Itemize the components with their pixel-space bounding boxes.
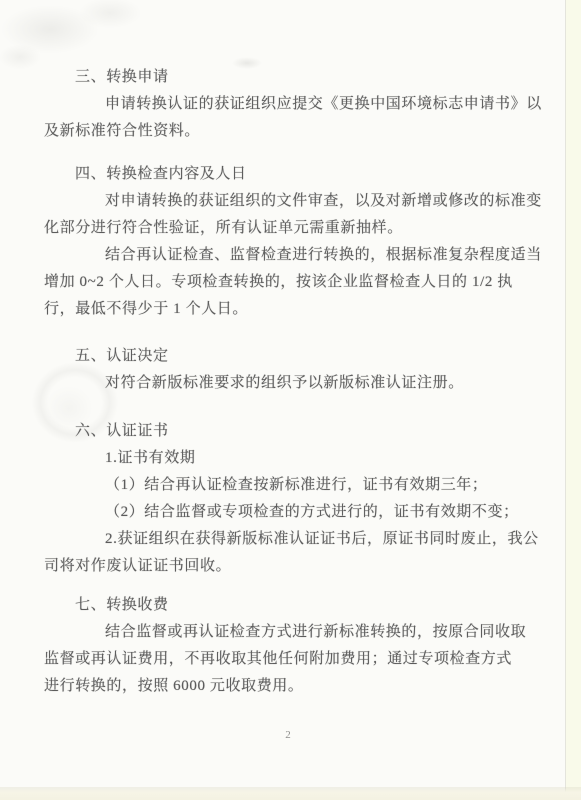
- paragraph-line: 及新标准符合性资料。: [44, 118, 532, 145]
- page-number: 2: [44, 722, 532, 749]
- paragraph-line: 行，最低不得少于 1 个人日。: [44, 296, 532, 323]
- paragraph-line: 化部分进行符合性验证，所有认证单元需重新抽样。: [44, 215, 532, 242]
- paragraph-line: 申请转换认证的获证组织应提交《更换中国环境标志申请书》以: [105, 91, 532, 118]
- paper-right-edge: [565, 0, 581, 800]
- section-heading-4: 四、转换检查内容及人日: [75, 161, 532, 188]
- section-heading-5: 五、认证决定: [75, 343, 532, 370]
- list-item-line: （2）结合监督或专项检查的方式进行的，证书有效期不变；: [105, 499, 532, 526]
- paper-bottom-edge: [0, 787, 581, 800]
- section-heading-6: 六、认证证书: [75, 418, 532, 445]
- paragraph-line: 进行转换的，按照 6000 元收取费用。: [44, 673, 532, 700]
- paragraph-line: 对符合新版标准要求的组织予以新版标准认证注册。: [105, 370, 532, 397]
- paragraph-line: 结合监督或再认证检查方式进行新标准转换的，按原合同收取: [105, 619, 532, 646]
- paragraph-line: 监督或再认证费用，不再收取其他任何附加费用；通过专项检查方式: [44, 646, 532, 673]
- paragraph-line: 司将对作废认证证书回收。: [44, 553, 532, 580]
- section-heading-7: 七、转换收费: [75, 592, 532, 619]
- paragraph-line: 结合再认证检查、监督检查进行转换的，根据标准复杂程度适当: [105, 242, 532, 269]
- list-item-line: 1.证书有效期: [105, 445, 532, 472]
- scanned-document-page: 三、转换申请 申请转换认证的获证组织应提交《更换中国环境标志申请书》以 及新标准…: [0, 0, 581, 800]
- paragraph-line: 对申请转换的获证组织的文件审查，以及对新增或修改的标准变: [105, 188, 532, 215]
- list-item-line: （1）结合再认证检查按新标准进行，证书有效期三年；: [105, 472, 532, 499]
- document-body: 三、转换申请 申请转换认证的获证组织应提交《更换中国环境标志申请书》以 及新标准…: [0, 0, 581, 700]
- paragraph-line: 2.获证组织在获得新版标准认证证书后，原证书同时废止，我公: [105, 526, 532, 553]
- paragraph-line: 增加 0~2 个人日。专项检查转换的，按该企业监督检查人日的 1/2 执: [44, 269, 532, 296]
- section-heading-3: 三、转换申请: [75, 64, 532, 91]
